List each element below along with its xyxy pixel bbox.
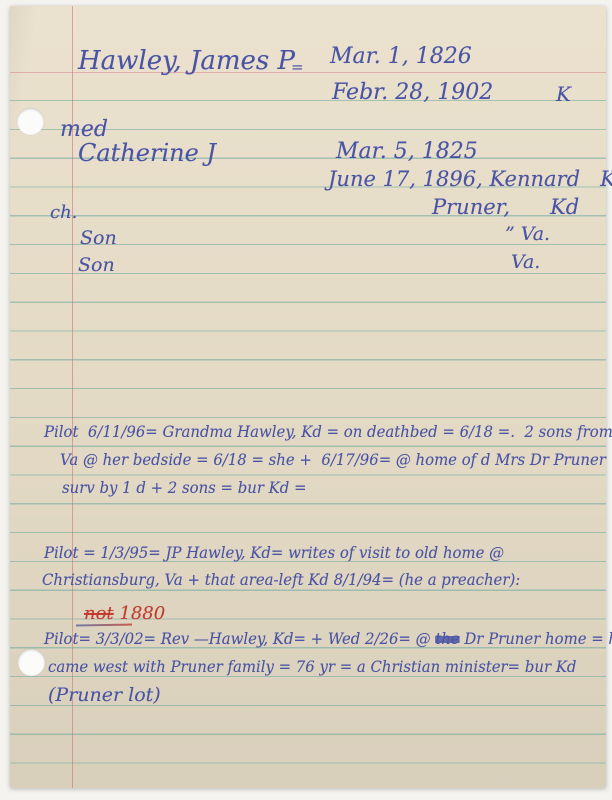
birth-date: Mar. 1, 1826	[330, 44, 472, 69]
equals-mark: =	[291, 58, 304, 76]
note-2-line-2: Christiansburg, Va + that area-left Kd 8…	[42, 570, 520, 589]
note-2-line-1: Pilot = 1/3/95= JP Hawley, Kd= writes of…	[44, 543, 504, 562]
child-2-birthplace: Va.	[511, 251, 540, 273]
note-3-line-1: Pilot= 3/3/02= Rev —Hawley, Kd= + Wed 2/…	[44, 629, 612, 648]
children-abbr: ch.	[50, 202, 77, 223]
child-1-birthplace: ” Va.	[505, 223, 550, 245]
red-annotation: not 1880	[84, 603, 165, 624]
note-3-scribbled-word: the	[435, 629, 459, 648]
death-place-abbr: K	[556, 82, 571, 106]
spouse-maiden-surname: Pruner, Kd	[432, 195, 579, 219]
note-3-line-3: (Pruner lot)	[48, 684, 161, 706]
red-annotation-struck-word: not	[84, 603, 114, 624]
note-1-line-2: Va @ her bedside = 6/18 = she + 6/17/96=…	[60, 450, 612, 469]
child-2: Son	[78, 254, 115, 276]
notebook-page-scan: Hawley, James P = Mar. 1, 1826 Febr. 28,…	[0, 0, 612, 800]
note-3-line-2: came west with Pruner family = 76 yr = a…	[48, 657, 576, 676]
hole-punch-bottom	[18, 649, 45, 676]
note-3-line-1-end: Dr Pruner home = he + wife	[460, 629, 612, 648]
note-1-line-1: Pilot 6/11/96= Grandma Hawley, Kd = on d…	[44, 422, 612, 441]
spouse-birth-date: Mar. 5, 1825	[336, 139, 478, 164]
spouse-death-date: June 17, 1896, Kennard K	[328, 167, 612, 191]
spouse-name: Catherine J	[78, 139, 216, 167]
person-name: Hawley, James P	[78, 46, 295, 76]
red-annotation-year: 1880	[114, 603, 166, 624]
death-date: Febr. 28, 1902	[332, 80, 493, 105]
hole-punch-top	[17, 108, 44, 135]
note-3-line-1-start: Pilot= 3/3/02= Rev —Hawley, Kd= + Wed 2/…	[44, 629, 435, 648]
note-1-line-3: surv by 1 d + 2 sons = bur Kd =	[62, 478, 307, 497]
child-1: Son	[80, 227, 117, 249]
